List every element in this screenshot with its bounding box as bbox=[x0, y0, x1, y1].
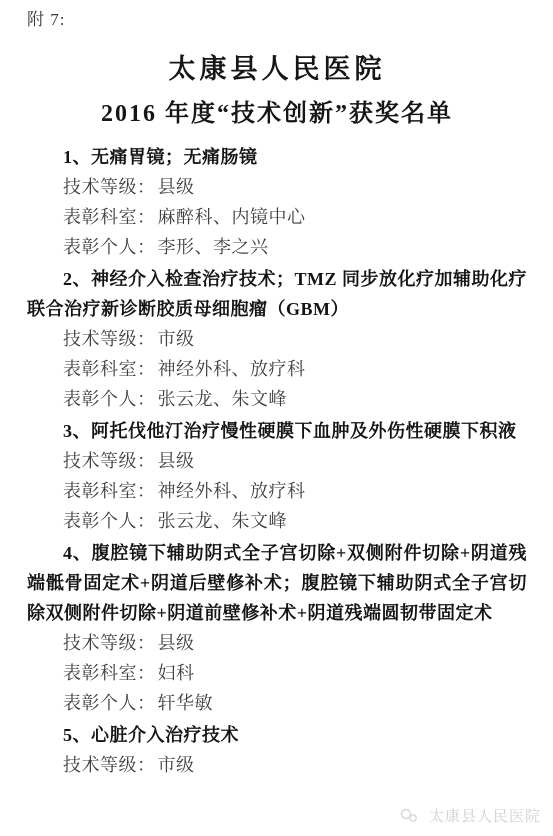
department-line: 表彰科室：妇科 bbox=[27, 658, 527, 688]
department-label: 表彰科室： bbox=[63, 663, 156, 683]
tech-level-value: 市级 bbox=[158, 329, 195, 349]
person-value: 李形、李之兴 bbox=[158, 237, 269, 257]
tech-level-label: 技术等级： bbox=[63, 755, 156, 775]
award-item-title: 5、心脏介入治疗技术 bbox=[27, 720, 527, 750]
award-item-title: 2、神经介入检查治疗技术；TMZ 同步放化疗加辅助化疗联合治疗新诊断胶质母细胞瘤… bbox=[27, 264, 527, 324]
tech-level-value: 县级 bbox=[158, 177, 195, 197]
attachment-label: 附 7: bbox=[27, 8, 527, 32]
tech-level-value: 县级 bbox=[158, 451, 195, 471]
department-line: 表彰科室：神经外科、放疗科 bbox=[27, 354, 527, 384]
tech-level-label: 技术等级： bbox=[63, 451, 156, 471]
hospital-title: 太康县人民医院 bbox=[27, 52, 527, 86]
person-line: 表彰个人：轩华敏 bbox=[27, 688, 527, 718]
tech-level-label: 技术等级： bbox=[63, 329, 156, 349]
department-value: 妇科 bbox=[158, 663, 195, 683]
person-label: 表彰个人： bbox=[63, 511, 156, 531]
tech-level-label: 技术等级： bbox=[63, 633, 156, 653]
department-line: 表彰科室：麻醉科、内镜中心 bbox=[27, 202, 527, 232]
hospital-logo-icon bbox=[399, 807, 425, 825]
department-label: 表彰科室： bbox=[63, 359, 156, 379]
tech-level-value: 县级 bbox=[158, 633, 195, 653]
person-line: 表彰个人：张云龙、朱文峰 bbox=[27, 506, 527, 536]
person-line: 表彰个人：张云龙、朱文峰 bbox=[27, 384, 527, 414]
award-item-3: 3、阿托伐他汀治疗慢性硬膜下血肿及外伤性硬膜下积液 技术等级：县级 表彰科室：神… bbox=[27, 416, 527, 536]
department-line: 表彰科室：神经外科、放疗科 bbox=[27, 476, 527, 506]
tech-level-line: 技术等级：市级 bbox=[27, 750, 527, 780]
department-value: 神经外科、放疗科 bbox=[158, 359, 306, 379]
watermark: 太康县人民医院 bbox=[399, 805, 541, 826]
person-line: 表彰个人：李形、李之兴 bbox=[27, 232, 527, 262]
department-value: 神经外科、放疗科 bbox=[158, 481, 306, 501]
person-value: 轩华敏 bbox=[158, 693, 214, 713]
award-item-title: 3、阿托伐他汀治疗慢性硬膜下血肿及外伤性硬膜下积液 bbox=[27, 416, 527, 446]
award-item-title: 1、无痛胃镜；无痛肠镜 bbox=[27, 142, 527, 172]
tech-level-line: 技术等级：县级 bbox=[27, 628, 527, 658]
tech-level-line: 技术等级：市级 bbox=[27, 324, 527, 354]
award-item-title: 4、腹腔镜下辅助阴式全子宫切除+双侧附件切除+阴道残端骶骨固定术+阴道后壁修补术… bbox=[27, 538, 527, 628]
award-item-4: 4、腹腔镜下辅助阴式全子宫切除+双侧附件切除+阴道残端骶骨固定术+阴道后壁修补术… bbox=[27, 538, 527, 718]
person-label: 表彰个人： bbox=[63, 237, 156, 257]
person-value: 张云龙、朱文峰 bbox=[158, 511, 288, 531]
award-item-1: 1、无痛胃镜；无痛肠镜 技术等级：县级 表彰科室：麻醉科、内镜中心 表彰个人：李… bbox=[27, 142, 527, 262]
award-item-5: 5、心脏介入治疗技术 技术等级：市级 bbox=[27, 720, 527, 780]
tech-level-line: 技术等级：县级 bbox=[27, 446, 527, 476]
department-label: 表彰科室： bbox=[63, 207, 156, 227]
award-item-2: 2、神经介入检查治疗技术；TMZ 同步放化疗加辅助化疗联合治疗新诊断胶质母细胞瘤… bbox=[27, 264, 527, 414]
person-label: 表彰个人： bbox=[63, 389, 156, 409]
tech-level-value: 市级 bbox=[158, 755, 195, 775]
department-label: 表彰科室： bbox=[63, 481, 156, 501]
tech-level-line: 技术等级：县级 bbox=[27, 172, 527, 202]
person-value: 张云龙、朱文峰 bbox=[158, 389, 288, 409]
department-value: 麻醉科、内镜中心 bbox=[158, 207, 306, 227]
person-label: 表彰个人： bbox=[63, 693, 156, 713]
document-page: 附 7: 太康县人民医院 2016 年度“技术创新”获奖名单 1、无痛胃镜；无痛… bbox=[0, 0, 553, 836]
watermark-text: 太康县人民医院 bbox=[429, 805, 541, 826]
award-list-title: 2016 年度“技术创新”获奖名单 bbox=[27, 98, 527, 130]
award-items: 1、无痛胃镜；无痛肠镜 技术等级：县级 表彰科室：麻醉科、内镜中心 表彰个人：李… bbox=[27, 142, 527, 780]
tech-level-label: 技术等级： bbox=[63, 177, 156, 197]
